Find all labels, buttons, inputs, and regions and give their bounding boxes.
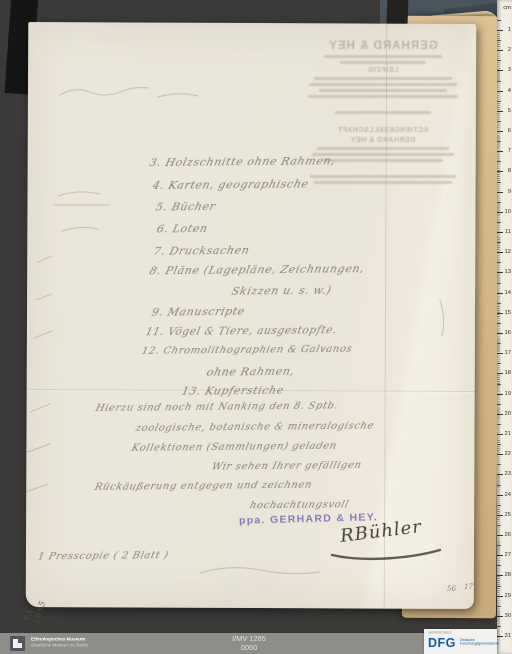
ruler-label: 17 bbox=[503, 350, 511, 356]
ruler-label: 22 bbox=[503, 451, 511, 457]
ruler-tick bbox=[497, 101, 501, 102]
handwriting-line: hochachtungsvoll bbox=[249, 499, 350, 511]
footer-bar: Ethnologisches Museum Staatliche Museen … bbox=[0, 633, 497, 654]
ruler-tick bbox=[497, 434, 503, 435]
ruler-tick bbox=[497, 343, 501, 344]
ruler-tick bbox=[497, 565, 501, 566]
ruler-tick bbox=[497, 414, 503, 415]
ruler-tick bbox=[497, 616, 503, 617]
handwriting-line: 13. Kupferstiche bbox=[180, 383, 285, 397]
ruler-tick bbox=[497, 20, 501, 21]
ruler-tick bbox=[497, 505, 501, 506]
ruler-label: 9 bbox=[503, 189, 511, 195]
ruler-tick bbox=[497, 232, 503, 233]
ruler-tick bbox=[497, 161, 501, 162]
ruler-tick bbox=[497, 575, 503, 576]
ruler-label: 1 bbox=[503, 27, 511, 33]
ruler-tick bbox=[497, 283, 501, 284]
handwriting-line: 1 Presscopie ( 2 Blatt ) bbox=[37, 550, 170, 562]
ruler-tick bbox=[497, 373, 503, 374]
pencil-mark: 56 bbox=[447, 585, 456, 593]
ruler-tick bbox=[497, 30, 503, 31]
ruler-tick bbox=[497, 586, 501, 587]
museum-logo-icon bbox=[10, 636, 25, 651]
handwriting-line: 3. Holzschnitte ohne Rahmen, bbox=[148, 154, 337, 169]
ruler-tick bbox=[497, 293, 503, 294]
dfg-wordmark: DFG bbox=[428, 636, 456, 650]
ruler-tick bbox=[497, 252, 503, 253]
ruler-tick bbox=[497, 242, 501, 243]
handwriting-line: 11. Vögel & Tiere, ausgestopfte. bbox=[144, 324, 338, 338]
dfg-full-name: Deutsche Forschungsgemeinschaft bbox=[460, 638, 499, 646]
ruler-label: 12 bbox=[503, 249, 511, 255]
handwriting-line: Rückäußerung entgegen und zeichnen bbox=[93, 480, 313, 493]
ruler-tick bbox=[497, 50, 503, 51]
ruler-label: 2 bbox=[503, 47, 511, 53]
handwriting-line: 8. Pläne (Lagepläne, Zeichnungen, bbox=[148, 262, 366, 277]
ruler-label: 29 bbox=[503, 593, 511, 599]
ruler-tick bbox=[497, 262, 501, 263]
ruler-tick bbox=[497, 222, 501, 223]
ruler-label: 19 bbox=[503, 391, 511, 397]
ruler-tick bbox=[497, 121, 501, 122]
ruler-label: 3 bbox=[503, 67, 511, 73]
ruler-tick bbox=[497, 525, 501, 526]
handwriting-line: Kollektionen (Sammlungen) geladen bbox=[130, 441, 338, 454]
handwriting-line: 4. Karten, geographische bbox=[151, 177, 310, 192]
ruler-tick bbox=[497, 192, 503, 193]
ruler-tick bbox=[497, 555, 503, 556]
ruler-tick bbox=[497, 626, 501, 627]
ruler-tick bbox=[497, 171, 503, 172]
ruler-label: 28 bbox=[503, 572, 511, 578]
ruler-tick bbox=[497, 596, 503, 597]
ruler-tick bbox=[497, 70, 503, 71]
ruler-tick bbox=[497, 384, 501, 385]
handwriting-line: 6. Loten bbox=[155, 222, 209, 236]
ruler-tick bbox=[497, 212, 503, 213]
ruler-tick bbox=[497, 636, 503, 637]
museum-name: Ethnologisches Museum bbox=[31, 637, 85, 642]
ruler-label: 10 bbox=[503, 209, 511, 215]
ruler-tick bbox=[497, 151, 503, 152]
ruler-label: 25 bbox=[503, 512, 511, 518]
pencil-mark: 17 bbox=[464, 583, 473, 591]
ruler-tick bbox=[497, 40, 501, 41]
ruler-tick bbox=[497, 535, 503, 536]
ruler-label: cm bbox=[503, 5, 511, 11]
ruler-tick bbox=[497, 394, 503, 395]
ruler-label: 21 bbox=[503, 431, 511, 437]
ruler-label: 30 bbox=[503, 613, 511, 619]
ruler-tick bbox=[497, 495, 503, 496]
archive-id: I/MV 1265 bbox=[232, 635, 266, 644]
scanned-letter-page: GERHARD & HEY LEIPZIG ACTIENGESELLSCHAFT… bbox=[0, 0, 512, 654]
ruler-tick bbox=[497, 444, 501, 445]
cm-ruler: cm12345678910111213141516171819202122232… bbox=[497, 0, 512, 654]
ruler-label: 26 bbox=[503, 532, 511, 538]
handwriting-line: Wir sehen Ihrer gefälligen bbox=[210, 460, 362, 473]
ruler-tick bbox=[497, 474, 503, 475]
handwriting-line: 9. Manuscripte bbox=[150, 305, 246, 319]
ruler-tick bbox=[497, 353, 503, 354]
ruler-tick bbox=[497, 303, 501, 304]
ruler-tick bbox=[497, 111, 503, 112]
ruler-label: 13 bbox=[503, 269, 511, 275]
ruler-tick bbox=[497, 424, 501, 425]
handwriting-line: Hierzu sind noch mit Nanking den 8. Sptb… bbox=[94, 401, 339, 415]
ruler-label: 23 bbox=[503, 471, 511, 477]
ruler-label: 8 bbox=[503, 168, 511, 174]
ruler-label: 20 bbox=[503, 411, 511, 417]
ruler-label: 11 bbox=[503, 229, 511, 235]
handwriting-line: zoologische, botanische & mineralogische bbox=[134, 421, 375, 434]
ruler-tick bbox=[497, 333, 503, 334]
ruler-tick bbox=[497, 60, 501, 61]
ruler-tick bbox=[497, 404, 501, 405]
ruler-tick bbox=[497, 323, 501, 324]
funding-prefix: Gefördert durch bbox=[428, 631, 452, 635]
ruler-label: 31 bbox=[503, 633, 511, 639]
ruler-label: 16 bbox=[503, 330, 511, 336]
ruler-label: 4 bbox=[503, 88, 511, 94]
ruler-label: 5 bbox=[503, 108, 511, 114]
ruler-tick bbox=[497, 606, 501, 607]
ruler-tick bbox=[497, 464, 501, 465]
handwriting-line: ohne Rahmen, bbox=[205, 365, 296, 379]
museum-subtitle: Staatliche Museen zu Berlin bbox=[31, 643, 88, 648]
handwriting-line: Skizzen u. s. w.) bbox=[230, 283, 333, 297]
handwriting-line: 12. Chromolithographien & Galvanos bbox=[140, 344, 353, 357]
ruler-tick bbox=[497, 515, 503, 516]
ruler-tick bbox=[497, 545, 501, 546]
archive-reference: I/MV 1265 0060 bbox=[232, 635, 266, 653]
ruler-tick bbox=[497, 272, 503, 273]
ruler-label: 18 bbox=[503, 370, 511, 376]
ruler-tick bbox=[497, 91, 503, 92]
ruler-label: 7 bbox=[503, 148, 511, 154]
ruler-tick bbox=[497, 485, 501, 486]
ruler-tick bbox=[497, 81, 501, 82]
ruler-tick bbox=[497, 313, 503, 314]
signature-flourish bbox=[328, 546, 448, 562]
ruler-label: 15 bbox=[503, 310, 511, 316]
handwriting-line: 5. Bücher bbox=[154, 200, 217, 214]
scan-page-number: 0060 bbox=[232, 644, 266, 653]
ruler-tick bbox=[497, 141, 501, 142]
ruler-label: 24 bbox=[503, 492, 511, 498]
ruler-tick bbox=[497, 131, 503, 132]
ruler-label: 27 bbox=[503, 552, 511, 558]
handwriting-line: 7. Drucksachen bbox=[152, 244, 251, 258]
ruler-tick bbox=[497, 363, 501, 364]
ruler-tick bbox=[497, 454, 503, 455]
ruler-tick bbox=[497, 202, 501, 203]
ruler-label: 14 bbox=[503, 290, 511, 296]
ruler-tick bbox=[497, 182, 501, 183]
dfg-logo: Gefördert durch DFG Deutsche Forschungsg… bbox=[424, 629, 497, 654]
ruler-label: 6 bbox=[503, 128, 511, 134]
